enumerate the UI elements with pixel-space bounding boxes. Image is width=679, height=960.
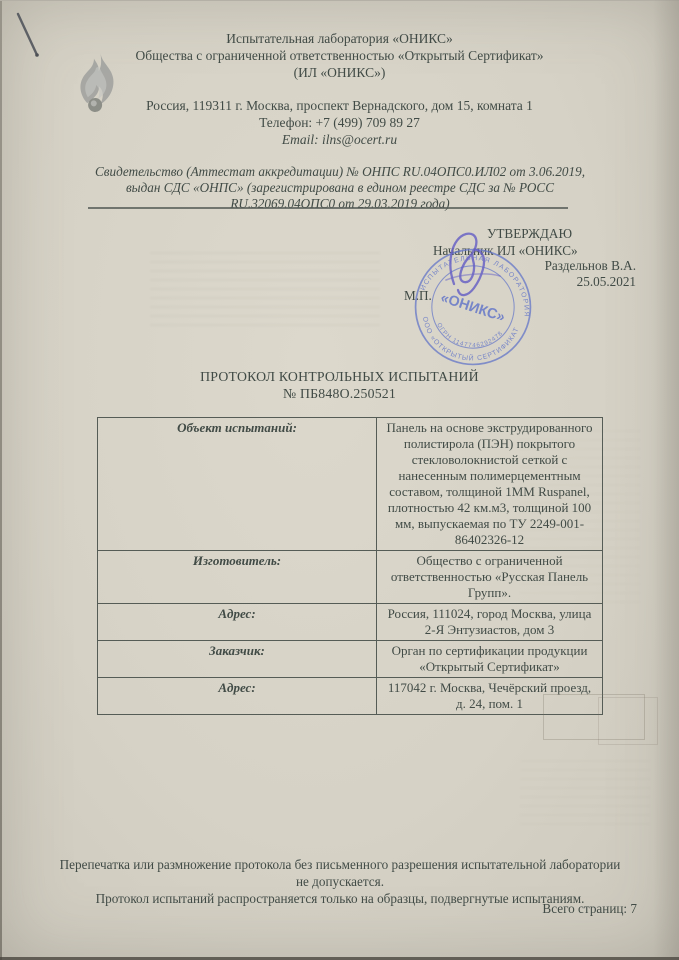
document-title: ПРОТОКОЛ КОНТРОЛЬНЫХ ИСПЫТАНИЙ № ПБ848О.… bbox=[0, 368, 679, 402]
row-label: Заказчик: bbox=[98, 641, 377, 678]
lab-name-line: Испытательная лаборатория «ОНИКС» bbox=[0, 30, 679, 47]
accreditation-line: выдан СДС «ОНПС» (зарегистрирована в еди… bbox=[40, 180, 640, 196]
table-row: Изготовитель: Общество с ограниченной от… bbox=[98, 551, 603, 604]
lab-address: Россия, 119311 г. Москва, проспект Верна… bbox=[0, 97, 679, 114]
row-label: Изготовитель: bbox=[98, 551, 377, 604]
total-pages-label: Всего страниц: 7 bbox=[542, 901, 637, 917]
row-value: Общество с ограниченной ответственностью… bbox=[377, 551, 603, 604]
document-title-line2: № ПБ848О.250521 bbox=[0, 385, 679, 402]
row-value: Панель на основе экструдированного полис… bbox=[377, 418, 603, 551]
lab-abbr-line: (ИЛ «ОНИКС») bbox=[0, 64, 679, 81]
lab-phone: Телефон: +7 (499) 709 89 27 bbox=[0, 114, 679, 131]
footer-note-scope: Протокол испытаний распространяется толь… bbox=[55, 890, 625, 907]
table-row: Адрес: 117042 г. Москва, Чечёрский проез… bbox=[98, 678, 603, 715]
row-label: Адрес: bbox=[98, 678, 377, 715]
bleed-through-text-ghost bbox=[150, 252, 380, 332]
header-divider-rule bbox=[88, 207, 568, 209]
row-value: Орган по сертификации продукции «Открыты… bbox=[377, 641, 603, 678]
letterhead: Испытательная лаборатория «ОНИКС» Общест… bbox=[0, 30, 679, 148]
scanned-protocol-page: Испытательная лаборатория «ОНИКС» Общест… bbox=[0, 0, 679, 960]
row-value: 117042 г. Москва, Чечёрский проезд, д. 2… bbox=[377, 678, 603, 715]
bleed-through-text-ghost bbox=[520, 760, 650, 830]
accreditation-note: Свидетельство (Аттестат аккредитации) № … bbox=[40, 164, 640, 212]
row-label: Адрес: bbox=[98, 604, 377, 641]
document-title-line1: ПРОТОКОЛ КОНТРОЛЬНЫХ ИСПЫТАНИЙ bbox=[0, 368, 679, 385]
approver-name: Раздельнов В.А. bbox=[545, 258, 636, 274]
table-row: Объект испытаний: Панель на основе экстр… bbox=[98, 418, 603, 551]
approval-date: 25.05.2021 bbox=[577, 274, 636, 290]
row-label: Объект испытаний: bbox=[98, 418, 377, 551]
footer-notes: Перепечатка или размножение протокола бе… bbox=[55, 856, 625, 907]
protocol-info-table: Объект испытаний: Панель на основе экстр… bbox=[97, 417, 603, 715]
lab-email: Email: ilns@ocert.ru bbox=[0, 131, 679, 148]
scan-edge-top bbox=[0, 0, 679, 1]
table-row: Заказчик: Орган по сертификации продукци… bbox=[98, 641, 603, 678]
accreditation-line: RU.32069.04ОПС0 от 29.03.2019 года) bbox=[40, 196, 640, 212]
signature-scribble bbox=[416, 222, 526, 317]
footer-note-reprint: Перепечатка или размножение протокола бе… bbox=[55, 856, 625, 890]
row-value: Россия, 111024, город Москва, улица 2-Я … bbox=[377, 604, 603, 641]
bleed-through-box bbox=[598, 697, 658, 745]
org-name-line: Общества с ограниченной ответственностью… bbox=[0, 47, 679, 64]
table-row: Адрес: Россия, 111024, город Москва, ули… bbox=[98, 604, 603, 641]
accreditation-line: Свидетельство (Аттестат аккредитации) № … bbox=[40, 164, 640, 180]
